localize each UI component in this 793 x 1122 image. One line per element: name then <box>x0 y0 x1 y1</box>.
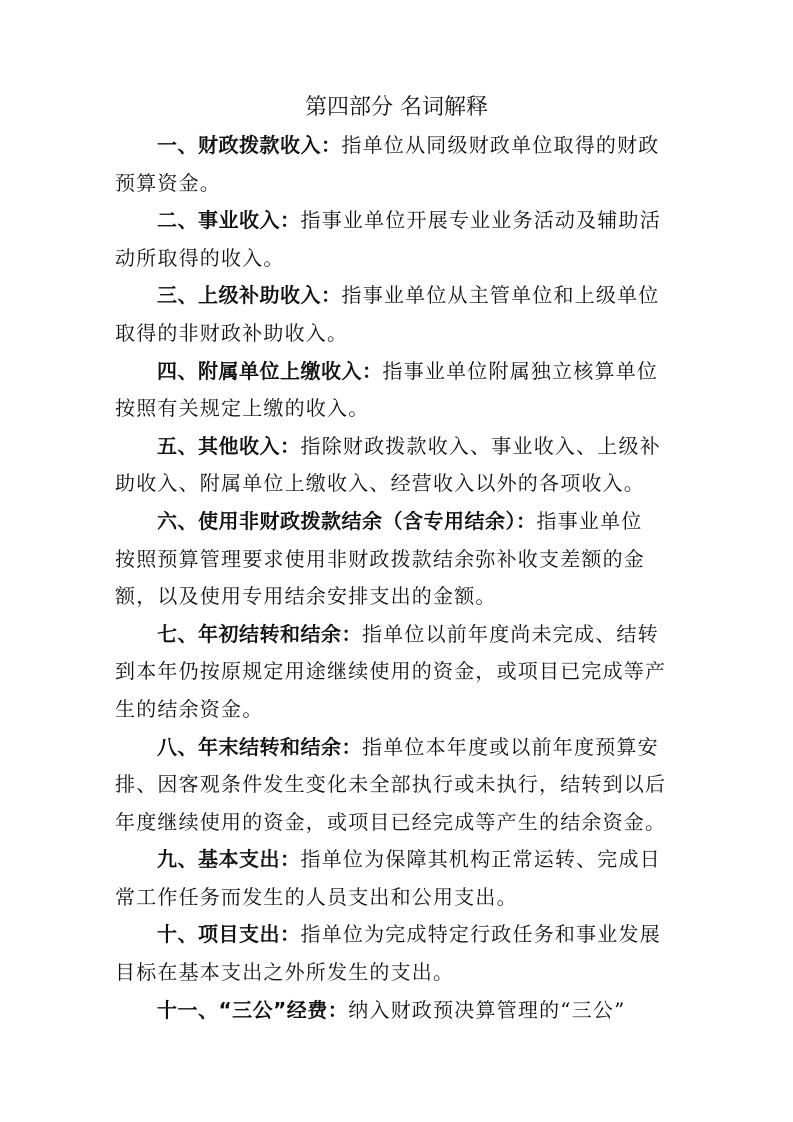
definition-text: 常工作任务而发生的人员支出和公用支出。 <box>115 879 675 917</box>
definition-text: 指事业单位附属独立核算单位 <box>383 359 659 383</box>
definition-text: 助收入、附属单位上缴收入、经营收入以外的各项收入。 <box>115 465 675 503</box>
term-label: 一、财政拨款收入： <box>157 133 342 157</box>
definition-text: 动所取得的收入。 <box>115 240 675 278</box>
entry-7: 七、年初结转和结余：指单位以前年度尚未完成、结转 到本年仍按原规定用途继续使用的… <box>115 616 675 729</box>
definition-text: 指单位为完成特定行政任务和事业发展 <box>301 922 661 946</box>
term-label: 六、使用非财政拨款结余（含专用结余）： <box>157 509 537 533</box>
glossary: 一、财政拨款收入：指单位从同级财政单位取得的财政 预算资金。 二、事业收入：指事… <box>115 127 675 1029</box>
term-label: 二、事业收入： <box>157 208 301 232</box>
definition-text: 指单位为保障其机构正常运转、完成日 <box>301 847 661 871</box>
entry-10: 十、项目支出：指单位为完成特定行政任务和事业发展 目标在基本支出之外所发生的支出… <box>115 916 675 991</box>
term-label: 九、基本支出： <box>157 847 301 871</box>
page-title: 第四部分 名词解释 <box>0 90 793 121</box>
entry-5: 五、其他收入：指除财政拨款收入、事业收入、上级补 助收入、附属单位上缴收入、经营… <box>115 428 675 503</box>
entry-8: 八、年末结转和结余：指单位本年度或以前年度预算安 排、因客观条件发生变化未全部执… <box>115 729 675 842</box>
definition-text: 额，以及使用专用结余安排支出的金额。 <box>115 578 675 616</box>
entry-6: 六、使用非财政拨款结余（含专用结余）：指事业单位 按照预算管理要求使用非财政拨款… <box>115 503 675 616</box>
definition-text: 取得的非财政补助收入。 <box>115 315 675 353</box>
definition-text: 按照预算管理要求使用非财政拨款结余弥补收支差额的金 <box>115 541 675 579</box>
definition-text: 纳入财政预决算管理的“三公” <box>348 998 625 1022</box>
definition-text: 指事业单位开展专业业务活动及辅助活 <box>301 208 661 232</box>
term-label: 十一、“三公”经费： <box>157 998 348 1022</box>
definition-text: 按照有关规定上缴的收入。 <box>115 390 675 428</box>
entry-3: 三、上级补助收入：指事业单位从主管单位和上级单位 取得的非财政补助收入。 <box>115 277 675 352</box>
definition-text: 目标在基本支出之外所发生的支出。 <box>115 954 675 992</box>
entry-11: 十一、“三公”经费：纳入财政预决算管理的“三公” <box>115 992 675 1030</box>
entry-9: 九、基本支出：指单位为保障其机构正常运转、完成日 常工作任务而发生的人员支出和公… <box>115 841 675 916</box>
definition-text: 指单位本年度或以前年度预算安 <box>362 735 659 759</box>
definition-text: 指除财政拨款收入、事业收入、上级补 <box>301 434 661 458</box>
term-label: 十、项目支出： <box>157 922 301 946</box>
term-label: 八、年末结转和结余： <box>157 735 362 759</box>
definition-text: 预算资金。 <box>115 165 675 203</box>
term-label: 七、年初结转和结余： <box>157 622 362 646</box>
term-label: 三、上级补助收入： <box>157 283 342 307</box>
definition-text: 指单位从同级财政单位取得的财政 <box>342 133 660 157</box>
entry-2: 二、事业收入：指事业单位开展专业业务活动及辅助活 动所取得的收入。 <box>115 202 675 277</box>
definition-text: 指事业单位从主管单位和上级单位 <box>342 283 660 307</box>
definition-text: 排、因客观条件发生变化未全部执行或未执行，结转到以后 <box>115 766 675 804</box>
definition-text: 到本年仍按原规定用途继续使用的资金，或项目已完成等产 <box>115 653 675 691</box>
definition-text: 指单位以前年度尚未完成、结转 <box>362 622 659 646</box>
definition-text: 年度继续使用的资金，或项目已经完成等产生的结余资金。 <box>115 804 675 842</box>
term-label: 五、其他收入： <box>157 434 301 458</box>
definition-text: 指事业单位 <box>537 509 643 533</box>
entry-1: 一、财政拨款收入：指单位从同级财政单位取得的财政 预算资金。 <box>115 127 675 202</box>
term-label: 四、附属单位上缴收入： <box>157 359 383 383</box>
definition-text: 生的结余资金。 <box>115 691 675 729</box>
entry-4: 四、附属单位上缴收入：指事业单位附属独立核算单位 按照有关规定上缴的收入。 <box>115 353 675 428</box>
